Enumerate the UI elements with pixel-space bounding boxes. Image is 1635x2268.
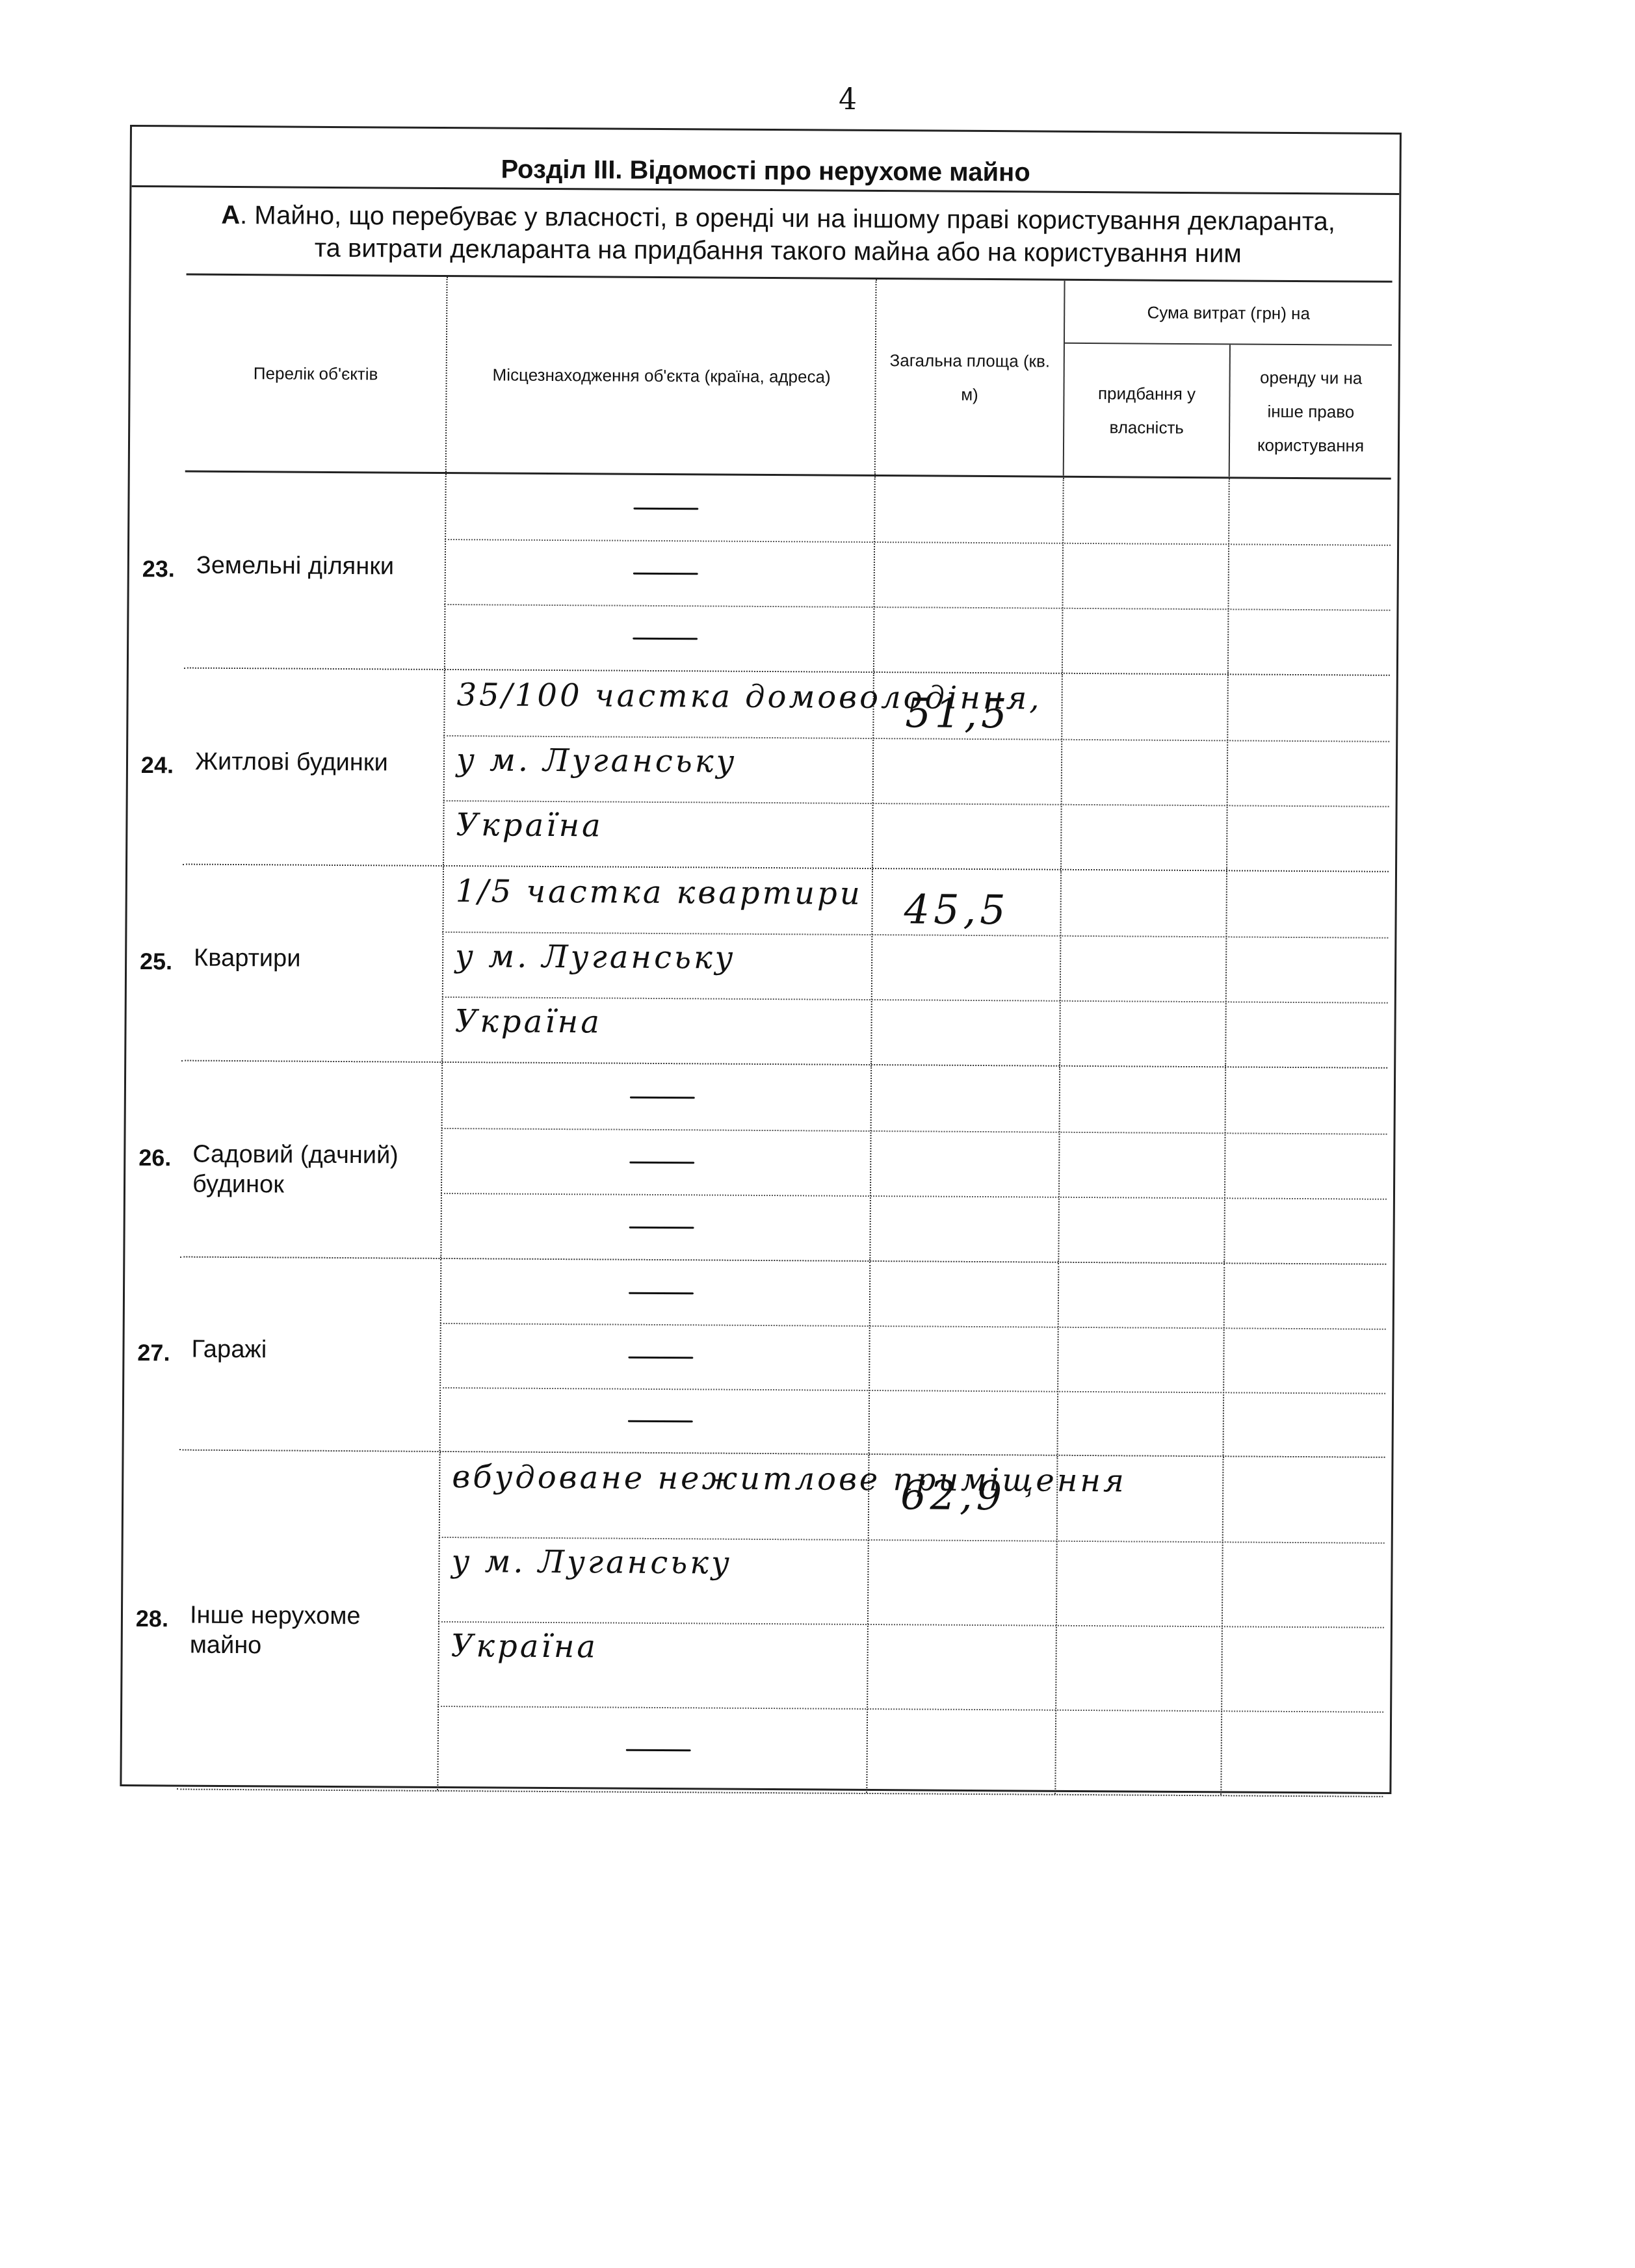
sub-row-divider bbox=[439, 1387, 1385, 1394]
column-divider bbox=[444, 474, 447, 669]
row-label: Земельні ділянки bbox=[196, 551, 430, 582]
column-divider bbox=[1227, 478, 1230, 673]
sub-row-divider bbox=[441, 1128, 1387, 1135]
row-label: Інше нерухоме майно bbox=[190, 1600, 425, 1662]
empty-dash bbox=[626, 1749, 691, 1752]
column-divider bbox=[1059, 870, 1062, 1065]
page-number: 4 bbox=[839, 83, 857, 116]
sub-row-divider bbox=[438, 1621, 1384, 1628]
column-divider bbox=[1225, 871, 1227, 1066]
column-divider bbox=[869, 1262, 871, 1453]
location-handwritten: Україна bbox=[456, 807, 603, 844]
header-purchase: придбання у власність bbox=[1064, 344, 1229, 477]
area-value: 45,5 bbox=[904, 885, 1009, 933]
column-divider bbox=[869, 1065, 872, 1260]
empty-dash bbox=[630, 1097, 695, 1099]
empty-dash bbox=[629, 1162, 694, 1164]
column-divider bbox=[1062, 478, 1064, 673]
empty-dash bbox=[629, 1227, 694, 1229]
header-objects: Перелік об'єктів bbox=[185, 276, 447, 472]
subsection-text-1: . Майно, що перебуває у власності, в оре… bbox=[240, 201, 1335, 236]
subsection-letter: А bbox=[221, 201, 240, 229]
header-expenses: Сума витрат (грн) на bbox=[1065, 281, 1393, 346]
column-divider bbox=[1226, 675, 1229, 870]
sub-row-divider bbox=[441, 1193, 1387, 1200]
table-row: 26.Садовий (дачний) будинок bbox=[180, 1062, 1387, 1265]
location-handwritten: вбудоване нежитлове приміщення bbox=[452, 1459, 1127, 1499]
header-area: Загальна площа (кв. м) bbox=[874, 280, 1064, 476]
sub-row-divider bbox=[444, 604, 1390, 611]
sub-row-divider bbox=[443, 800, 1389, 807]
sub-row-divider bbox=[442, 997, 1388, 1004]
empty-dash bbox=[633, 638, 698, 640]
table-header: Перелік об'єктів Місцезнаходження об'єкт… bbox=[185, 274, 1393, 480]
table-row: 25.Квартири1/5 частка квартириу м. Луган… bbox=[181, 865, 1389, 1069]
column-divider bbox=[439, 1259, 442, 1451]
table-row: 28.Інше нерухоме майновбудоване нежитлов… bbox=[177, 1450, 1385, 1797]
row-number: 26. bbox=[119, 1144, 171, 1171]
subsection-heading: А. Майно, що перебуває у власності, в ор… bbox=[170, 198, 1387, 270]
real-estate-table: Перелік об'єктів Місцезнаходження об'єкт… bbox=[177, 274, 1392, 1797]
location-handwritten: Україна bbox=[451, 1628, 599, 1665]
row-label: Гаражі bbox=[191, 1334, 425, 1365]
column-divider bbox=[1057, 1263, 1060, 1455]
table-row: 23.Земельні ділянки bbox=[184, 473, 1391, 676]
row-number: 28. bbox=[116, 1605, 168, 1632]
row-label: Садовий (дачний) будинок bbox=[192, 1140, 427, 1201]
location-handwritten: у м. Луганську bbox=[455, 938, 736, 976]
empty-dash bbox=[628, 1420, 693, 1423]
empty-dash bbox=[628, 1356, 693, 1359]
column-divider bbox=[873, 476, 876, 671]
location-handwritten: у м. Луганську bbox=[456, 742, 737, 780]
row-number: 25. bbox=[120, 948, 172, 975]
empty-dash bbox=[633, 573, 698, 575]
row-label: Житлові будинки bbox=[195, 747, 429, 778]
section-title: Розділ ІІІ. Відомості про нерухоме майно bbox=[131, 153, 1399, 190]
column-divider bbox=[1223, 1264, 1225, 1455]
row-label: Квартири bbox=[194, 943, 428, 974]
declaration-section-frame: Розділ ІІІ. Відомості про нерухоме майно… bbox=[120, 125, 1402, 1794]
table-row: 24.Житлові будинки35/100 частка домоволо… bbox=[183, 669, 1390, 872]
column-divider bbox=[1058, 1067, 1060, 1262]
location-handwritten: Україна bbox=[454, 1003, 602, 1040]
area-value: 51,5 bbox=[905, 689, 1010, 737]
location-handwritten: 1/5 частка квартири bbox=[456, 873, 863, 912]
row-number: 27. bbox=[118, 1338, 170, 1366]
column-divider bbox=[443, 670, 445, 865]
sub-row-divider bbox=[439, 1537, 1385, 1544]
empty-dash bbox=[633, 508, 698, 510]
row-number: 23. bbox=[123, 555, 175, 582]
empty-dash bbox=[629, 1292, 694, 1295]
area-value: 62,9 bbox=[900, 1471, 1006, 1519]
column-divider bbox=[441, 867, 444, 1062]
subsection-text-2: та витрати декларанта на придбання таког… bbox=[315, 234, 1242, 268]
header-rent: оренду чи на інше право користування bbox=[1229, 345, 1392, 478]
sub-row-divider bbox=[438, 1706, 1383, 1713]
sub-row-divider bbox=[440, 1323, 1386, 1330]
location-handwritten: у м. Луганську bbox=[451, 1543, 732, 1582]
sub-row-divider bbox=[445, 539, 1391, 546]
row-number: 24. bbox=[122, 751, 174, 779]
column-divider bbox=[440, 1063, 443, 1258]
header-location: Місцезнаходження об'єкта (країна, адреса… bbox=[445, 277, 877, 475]
column-divider bbox=[870, 869, 873, 1064]
column-divider bbox=[1060, 674, 1063, 869]
table-row: 27.Гаражі bbox=[179, 1258, 1387, 1458]
column-divider bbox=[1223, 1067, 1226, 1262]
